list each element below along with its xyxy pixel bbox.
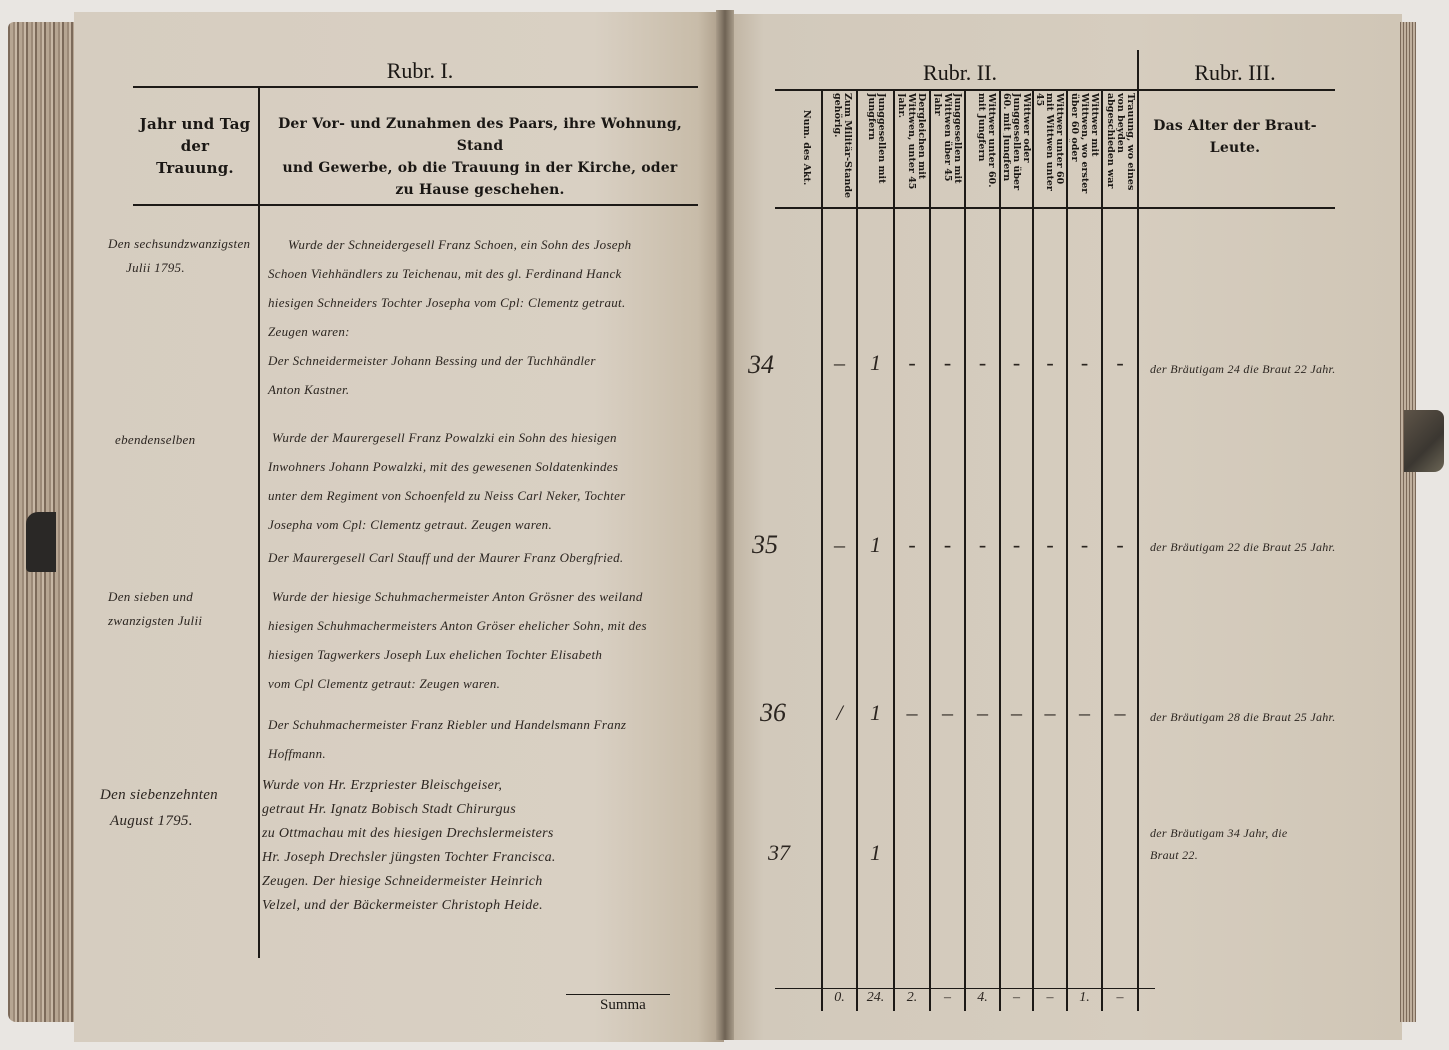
- column-divider-date: [258, 88, 260, 958]
- col-header-bachelors-widows-over45: Junggesellen mit Wittwen über 45 Jahr: [934, 93, 962, 205]
- entry-1-text: Wurde der Schneidergesell Franz Schoen, …: [268, 230, 631, 404]
- age-entry: der Bräutigam 22 die Braut 25 Jahr.: [1150, 533, 1336, 562]
- rubric-ii-title: Rubr. II.: [890, 60, 1030, 86]
- col-header-bachelors-virgins: Junggesellen mit Jungfern: [864, 93, 886, 205]
- entry-num: 37: [768, 840, 790, 866]
- summa-label: Summa: [600, 997, 646, 1014]
- entry-2-text: Wurde der Maurergesell Franz Powalzki ei…: [268, 423, 626, 572]
- index-tab-left: [26, 512, 56, 572]
- rubric-divider: [1137, 50, 1139, 92]
- entry-num: 35: [752, 530, 778, 560]
- age-entry: der Bräutigam 28 die Braut 25 Jahr.: [1150, 703, 1336, 732]
- header-top-rule: [133, 86, 698, 88]
- col-header-num: Num. des Akt.: [795, 110, 811, 190]
- summa-value: 4.: [966, 990, 999, 1006]
- entry-3-text: Wurde der hiesige Schuhmachermeister Ant…: [268, 582, 647, 768]
- index-tab-right: [1404, 410, 1444, 472]
- summa-rule: [566, 994, 670, 995]
- col-header-age: Das Alter der Braut- Leute.: [1145, 115, 1325, 159]
- entry-2-date: ebendenselben: [115, 425, 195, 454]
- column-divider: [1137, 91, 1139, 1011]
- col-header-divorced: Trauung, wo eines von beyden abgeschiede…: [1105, 93, 1135, 205]
- entry-4-text: Wurde von Hr. Erzpriester Bleischgeiser,…: [262, 774, 556, 918]
- age-entry: der Bräutigam 24 die Braut 22 Jahr.: [1150, 355, 1336, 384]
- age-entry: der Bräutigam 34 Jahr, die Braut 22.: [1150, 822, 1287, 866]
- summa-value: –: [931, 990, 964, 1006]
- col-header-widowers-widows: Wittwer unter 60 mit Wittwen unter 45: [1036, 93, 1064, 205]
- book-gutter: [716, 10, 734, 1040]
- summa-value: 24.: [858, 990, 893, 1006]
- header-bottom-rule: [133, 204, 698, 206]
- page-edges-right: [1400, 22, 1416, 1022]
- summa-value: 0.: [823, 990, 856, 1006]
- entry-3-date: Den sieben und zwanzigsten Julii: [108, 585, 202, 633]
- entry-1-date: Den sechsundzwanzigsten Julii 1795.: [108, 232, 250, 280]
- col-header-bachelors-widows-under45: Dergleichen mit Wittwen, unter 45 Jahr.: [898, 93, 926, 205]
- entry-num: 36: [760, 698, 786, 728]
- col-header-military: Zum Militär-Stande gehörig.: [826, 93, 852, 205]
- summa-rule-right: [775, 988, 1155, 989]
- summa-value: –: [1001, 990, 1032, 1006]
- col-date-header: Jahr und Tag der Trauung.: [135, 113, 255, 179]
- summa-value: –: [1034, 990, 1066, 1006]
- col-header-widowers-widows-over: Wittwer mit Wittwen, wo erster über 60 o…: [1069, 93, 1099, 205]
- col-header-over60-virgins: Wittwer oder Junggesellen über 60. mit J…: [1003, 93, 1031, 205]
- entry-4-date: Den siebenzehnten August 1795.: [100, 782, 218, 834]
- col-header-widowers-under60-virgins: Wittwer unter 60. mit Jungfern: [968, 93, 996, 205]
- summa-value: 2.: [895, 990, 929, 1006]
- right-header-top-rule: [775, 89, 1335, 91]
- col-names-header: Der Vor- und Zunahmen des Paars, ihre Wo…: [262, 113, 698, 201]
- right-header-bottom-rule: [775, 207, 1335, 209]
- summa-value: –: [1103, 990, 1137, 1006]
- summa-value: 1.: [1068, 990, 1101, 1006]
- rubric-iii-title: Rubr. III.: [1165, 60, 1305, 86]
- entry-num: 34: [748, 350, 774, 380]
- rubric-i-title: Rubr. I.: [340, 58, 500, 84]
